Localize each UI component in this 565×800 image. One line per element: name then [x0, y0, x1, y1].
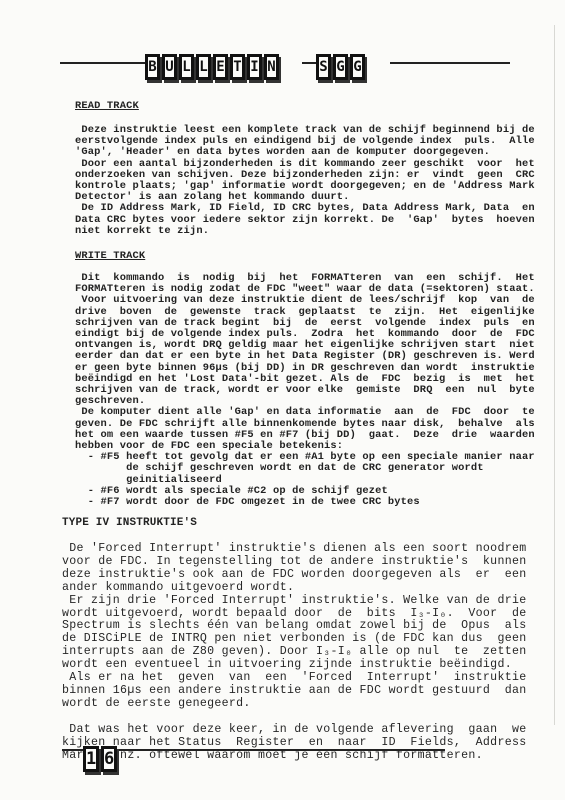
text-line: kijken naar het Status Register en naar …: [62, 737, 522, 750]
page-number-tile: 1: [83, 746, 99, 772]
text-line: wordt de eerste genegeerd.: [62, 698, 522, 711]
read-track-heading: READ TRACK: [75, 101, 535, 112]
bulletin-page: BULLETIN SGG READ TRACK Deze instruktie …: [0, 0, 565, 800]
title-tile: B: [145, 54, 160, 80]
subtitle-tile: G: [333, 54, 348, 80]
page-edge: [554, 25, 555, 725]
title-tile-letter: T: [232, 56, 243, 78]
bulletin-header-banner: BULLETIN SGG: [60, 54, 452, 88]
header-rule-left: [60, 62, 145, 64]
title-tile-letter: L: [198, 56, 209, 78]
text-line: [62, 711, 522, 724]
read-track-body: Deze instruktie leest een komplete track…: [75, 125, 535, 237]
header-subtitle-tiles: SGG: [316, 54, 367, 80]
subtitle-tile-letter: G: [335, 56, 346, 78]
header-rule-right: [390, 62, 510, 64]
text-line: niet korrekt te zijn.: [75, 226, 535, 237]
text-line: ander kommando uitgevoerd wordt.: [62, 582, 522, 595]
title-tile-letter: B: [147, 56, 158, 78]
text-line: binnen 16µs een andere instruktie aan de…: [62, 685, 522, 698]
text-line: eerder dan dat er een byte in het Data R…: [75, 351, 535, 362]
subtitle-tile: S: [316, 54, 331, 80]
write-track-heading: WRITE TRACK: [75, 251, 535, 262]
text-line: de schijf geschreven wordt en dat de CRC…: [75, 463, 535, 474]
type-iv-body: De 'Forced Interrupt' instruktie's diene…: [62, 543, 522, 762]
title-tile: E: [213, 54, 228, 80]
header-rule-middle: [302, 62, 316, 64]
page-number-tile-letter: 6: [103, 748, 115, 770]
text-line: Marks, enz. oftewel waarom moet je een s…: [62, 750, 522, 763]
title-tile: N: [264, 54, 279, 80]
title-tile-letter: E: [215, 56, 226, 78]
text-line: 'Gap', 'Header' en data bytes worden aan…: [75, 147, 535, 158]
subtitle-tile: G: [350, 54, 365, 80]
title-tile: L: [179, 54, 194, 80]
title-tile: I: [247, 54, 262, 80]
type-iv-heading: TYPE IV INSTRUKTIE'S: [62, 518, 522, 529]
text-line: De ID Address Mark, ID Field, ID CRC byt…: [75, 203, 535, 214]
title-tile-letter: I: [249, 56, 260, 78]
title-tile: L: [196, 54, 211, 80]
text-line: Dat was het voor deze keer, in de volgen…: [62, 724, 522, 737]
text-line: Er zijn drie 'Forced Interrupt' instrukt…: [62, 595, 522, 608]
footer-rule: [62, 749, 445, 751]
page-number-tiles: 16: [83, 746, 119, 772]
write-track-body: Dit kommando is nodig bij het FORMATtere…: [75, 273, 535, 508]
text-line: deze instruktie's ook aan de FDC worden …: [62, 569, 522, 582]
text-line: - #F7 wordt door de FDC omgezet in de tw…: [75, 497, 535, 508]
subtitle-tile-letter: S: [318, 56, 329, 78]
text-line: De komputer dient alle 'Gap' en data inf…: [75, 407, 535, 418]
text-line: Voor uitvoering van deze instruktie dien…: [75, 295, 535, 306]
text-line: voor de FDC. In tegenstelling tot de and…: [62, 556, 522, 569]
title-tile: U: [162, 54, 177, 80]
header-title-tiles: BULLETIN: [145, 54, 281, 80]
page-number-tile: 6: [101, 746, 117, 772]
title-tile-letter: U: [164, 56, 175, 78]
title-tile: T: [230, 54, 245, 80]
title-tile-letter: L: [181, 56, 192, 78]
page-number-tile-letter: 1: [85, 748, 97, 770]
text-line: De 'Forced Interrupt' instruktie's diene…: [62, 543, 522, 556]
title-tile-letter: N: [266, 56, 277, 78]
subtitle-tile-letter: G: [352, 56, 363, 78]
